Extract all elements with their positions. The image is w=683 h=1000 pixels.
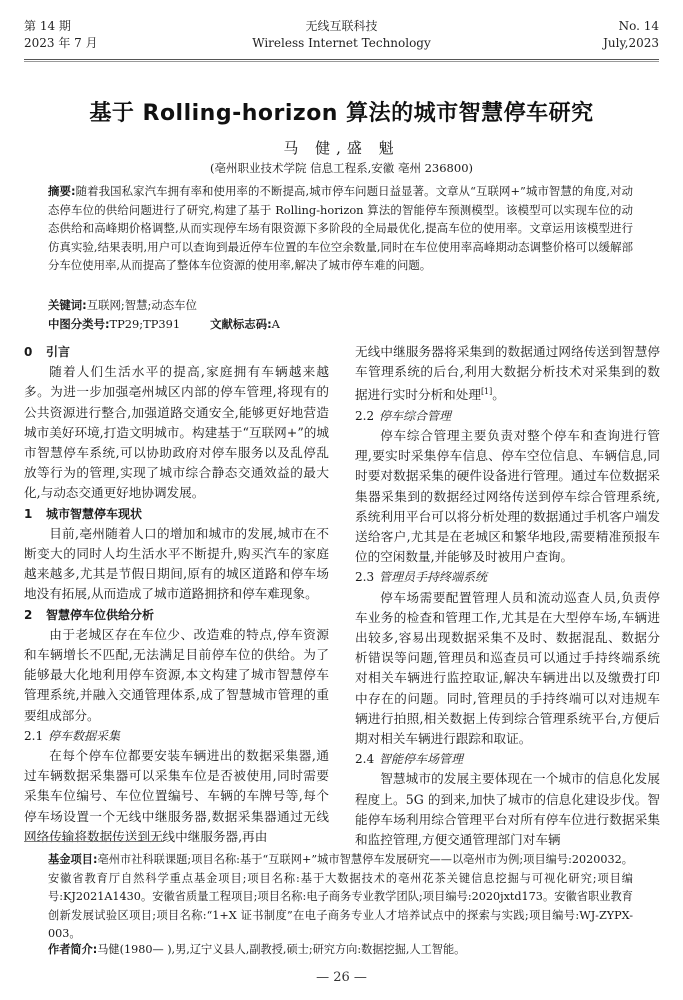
header-center: 无线互联科技 Wireless Internet Technology bbox=[24, 18, 659, 52]
section-heading-0: 0引言 bbox=[24, 342, 329, 362]
left-column: 0引言 随着人们生活水平的提高,家庭拥有车辆越来越多。为进一步加强亳州城区内部的… bbox=[24, 342, 329, 847]
running-header: 第 14 期 2023 年 7 月 无线互联科技 Wireless Intern… bbox=[24, 18, 659, 58]
keywords: 关键词:互联网;智慧;动态车位 bbox=[48, 297, 197, 313]
doc-code: A bbox=[272, 317, 280, 331]
subsection-heading-2-3: 2.3管理员手持终端系统 bbox=[355, 567, 660, 587]
journal-name-cn: 无线互联科技 bbox=[24, 18, 659, 35]
abstract-label: 摘要: bbox=[48, 184, 76, 198]
keywords-label: 关键词: bbox=[48, 298, 87, 312]
paragraph-intro: 随着人们生活水平的提高,家庭拥有车辆越来越多。为进一步加强亳州城区内部的停车管理… bbox=[24, 362, 329, 503]
header-right: No. 14 July,2023 bbox=[603, 18, 659, 52]
page-number: — 26 — bbox=[0, 970, 683, 985]
date-en: July,2023 bbox=[603, 35, 659, 52]
clc-code: TP29;TP391 bbox=[110, 317, 181, 331]
issue-en: No. 14 bbox=[603, 18, 659, 35]
paragraph-status: 目前,亳州随着人口的增加和城市的发展,城市在不断变大的同时人均生活水平不断提升,… bbox=[24, 524, 329, 605]
journal-name-en: Wireless Internet Technology bbox=[24, 35, 659, 52]
section-heading-2: 2智慧停车位供给分析 bbox=[24, 605, 329, 625]
classification: 中图分类号:TP29;TP391文献标志码:A bbox=[48, 316, 280, 332]
abstract: 摘要:随着我国私家汽车拥有率和使用率的不断提高,城市停车问题日益显著。文章从“互… bbox=[48, 182, 633, 275]
paragraph-data-collection: 在每个停车位都要安装车辆进出的数据采集器,通过车辆数据采集器可以采集车位是否被使… bbox=[24, 746, 329, 847]
paragraph-data-collection-cont: 无线中继服务器将采集到的数据通过网络传送到智慧停车管理系统的后台,利用大数据分析… bbox=[355, 342, 660, 406]
subsection-heading-2-1: 2.1停车数据采集 bbox=[24, 726, 329, 746]
funding-text: 亳州市社科联课题;项目名称:基于“互联网+”城市智慧停车发展研究——以亳州市为例… bbox=[48, 853, 633, 940]
header-divider bbox=[24, 59, 659, 62]
affiliation: (亳州职业技术学院 信息工程系,安徽 亳州 236800) bbox=[0, 160, 683, 176]
funding-label: 基金项目: bbox=[48, 853, 97, 866]
bio-text: 马健(1980— ),男,辽宁义县人,副教授,硕士;研究方向:数据挖掘,人工智能… bbox=[97, 943, 465, 956]
keywords-text: 互联网;智慧;动态车位 bbox=[87, 298, 197, 312]
clc-label: 中图分类号: bbox=[48, 317, 110, 331]
subsection-heading-2-2: 2.2停车综合管理 bbox=[355, 406, 660, 426]
paragraph-smart-lot: 智慧城市的发展主要体现在一个城市的信息化发展程度上。5G 的到来,加快了城市的信… bbox=[355, 769, 660, 850]
footnote-divider bbox=[24, 841, 164, 842]
right-column: 无线中继服务器将采集到的数据通过网络传送到智慧停车管理系统的后台,利用大数据分析… bbox=[355, 342, 660, 850]
paragraph-supply: 由于老城区存在车位少、改造难的特点,停车资源和车辆增长不匹配,无法满足目前停车位… bbox=[24, 625, 329, 726]
abstract-text: 随着我国私家汽车拥有率和使用率的不断提高,城市停车问题日益显著。文章从“互联网+… bbox=[48, 184, 633, 272]
paper-title: 基于 Rolling-horizon 算法的城市智慧停车研究 bbox=[0, 96, 683, 127]
bio-label: 作者简介: bbox=[48, 943, 97, 956]
doc-code-label: 文献标志码: bbox=[210, 317, 272, 331]
citation-ref: [1] bbox=[481, 387, 492, 396]
section-heading-1: 1城市智慧停车现状 bbox=[24, 504, 329, 524]
authors: 马 健,盛 魁 bbox=[0, 137, 683, 158]
subsection-heading-2-4: 2.4智能停车场管理 bbox=[355, 749, 660, 769]
author-bio: 作者简介:马健(1980— ),男,辽宁义县人,副教授,硕士;研究方向:数据挖掘… bbox=[48, 941, 633, 957]
funding-note: 基金项目:亳州市社科联课题;项目名称:基于“互联网+”城市智慧停车发展研究——以… bbox=[48, 851, 633, 944]
paragraph-integrated-mgmt: 停车综合管理主要负责对整个停车和查询进行管理,要实时采集停车信息、停车空位信息、… bbox=[355, 426, 660, 567]
paragraph-handheld: 停车场需要配置管理人员和流动巡查人员,负责停车业务的检查和管理工作,尤其是在大型… bbox=[355, 588, 660, 750]
